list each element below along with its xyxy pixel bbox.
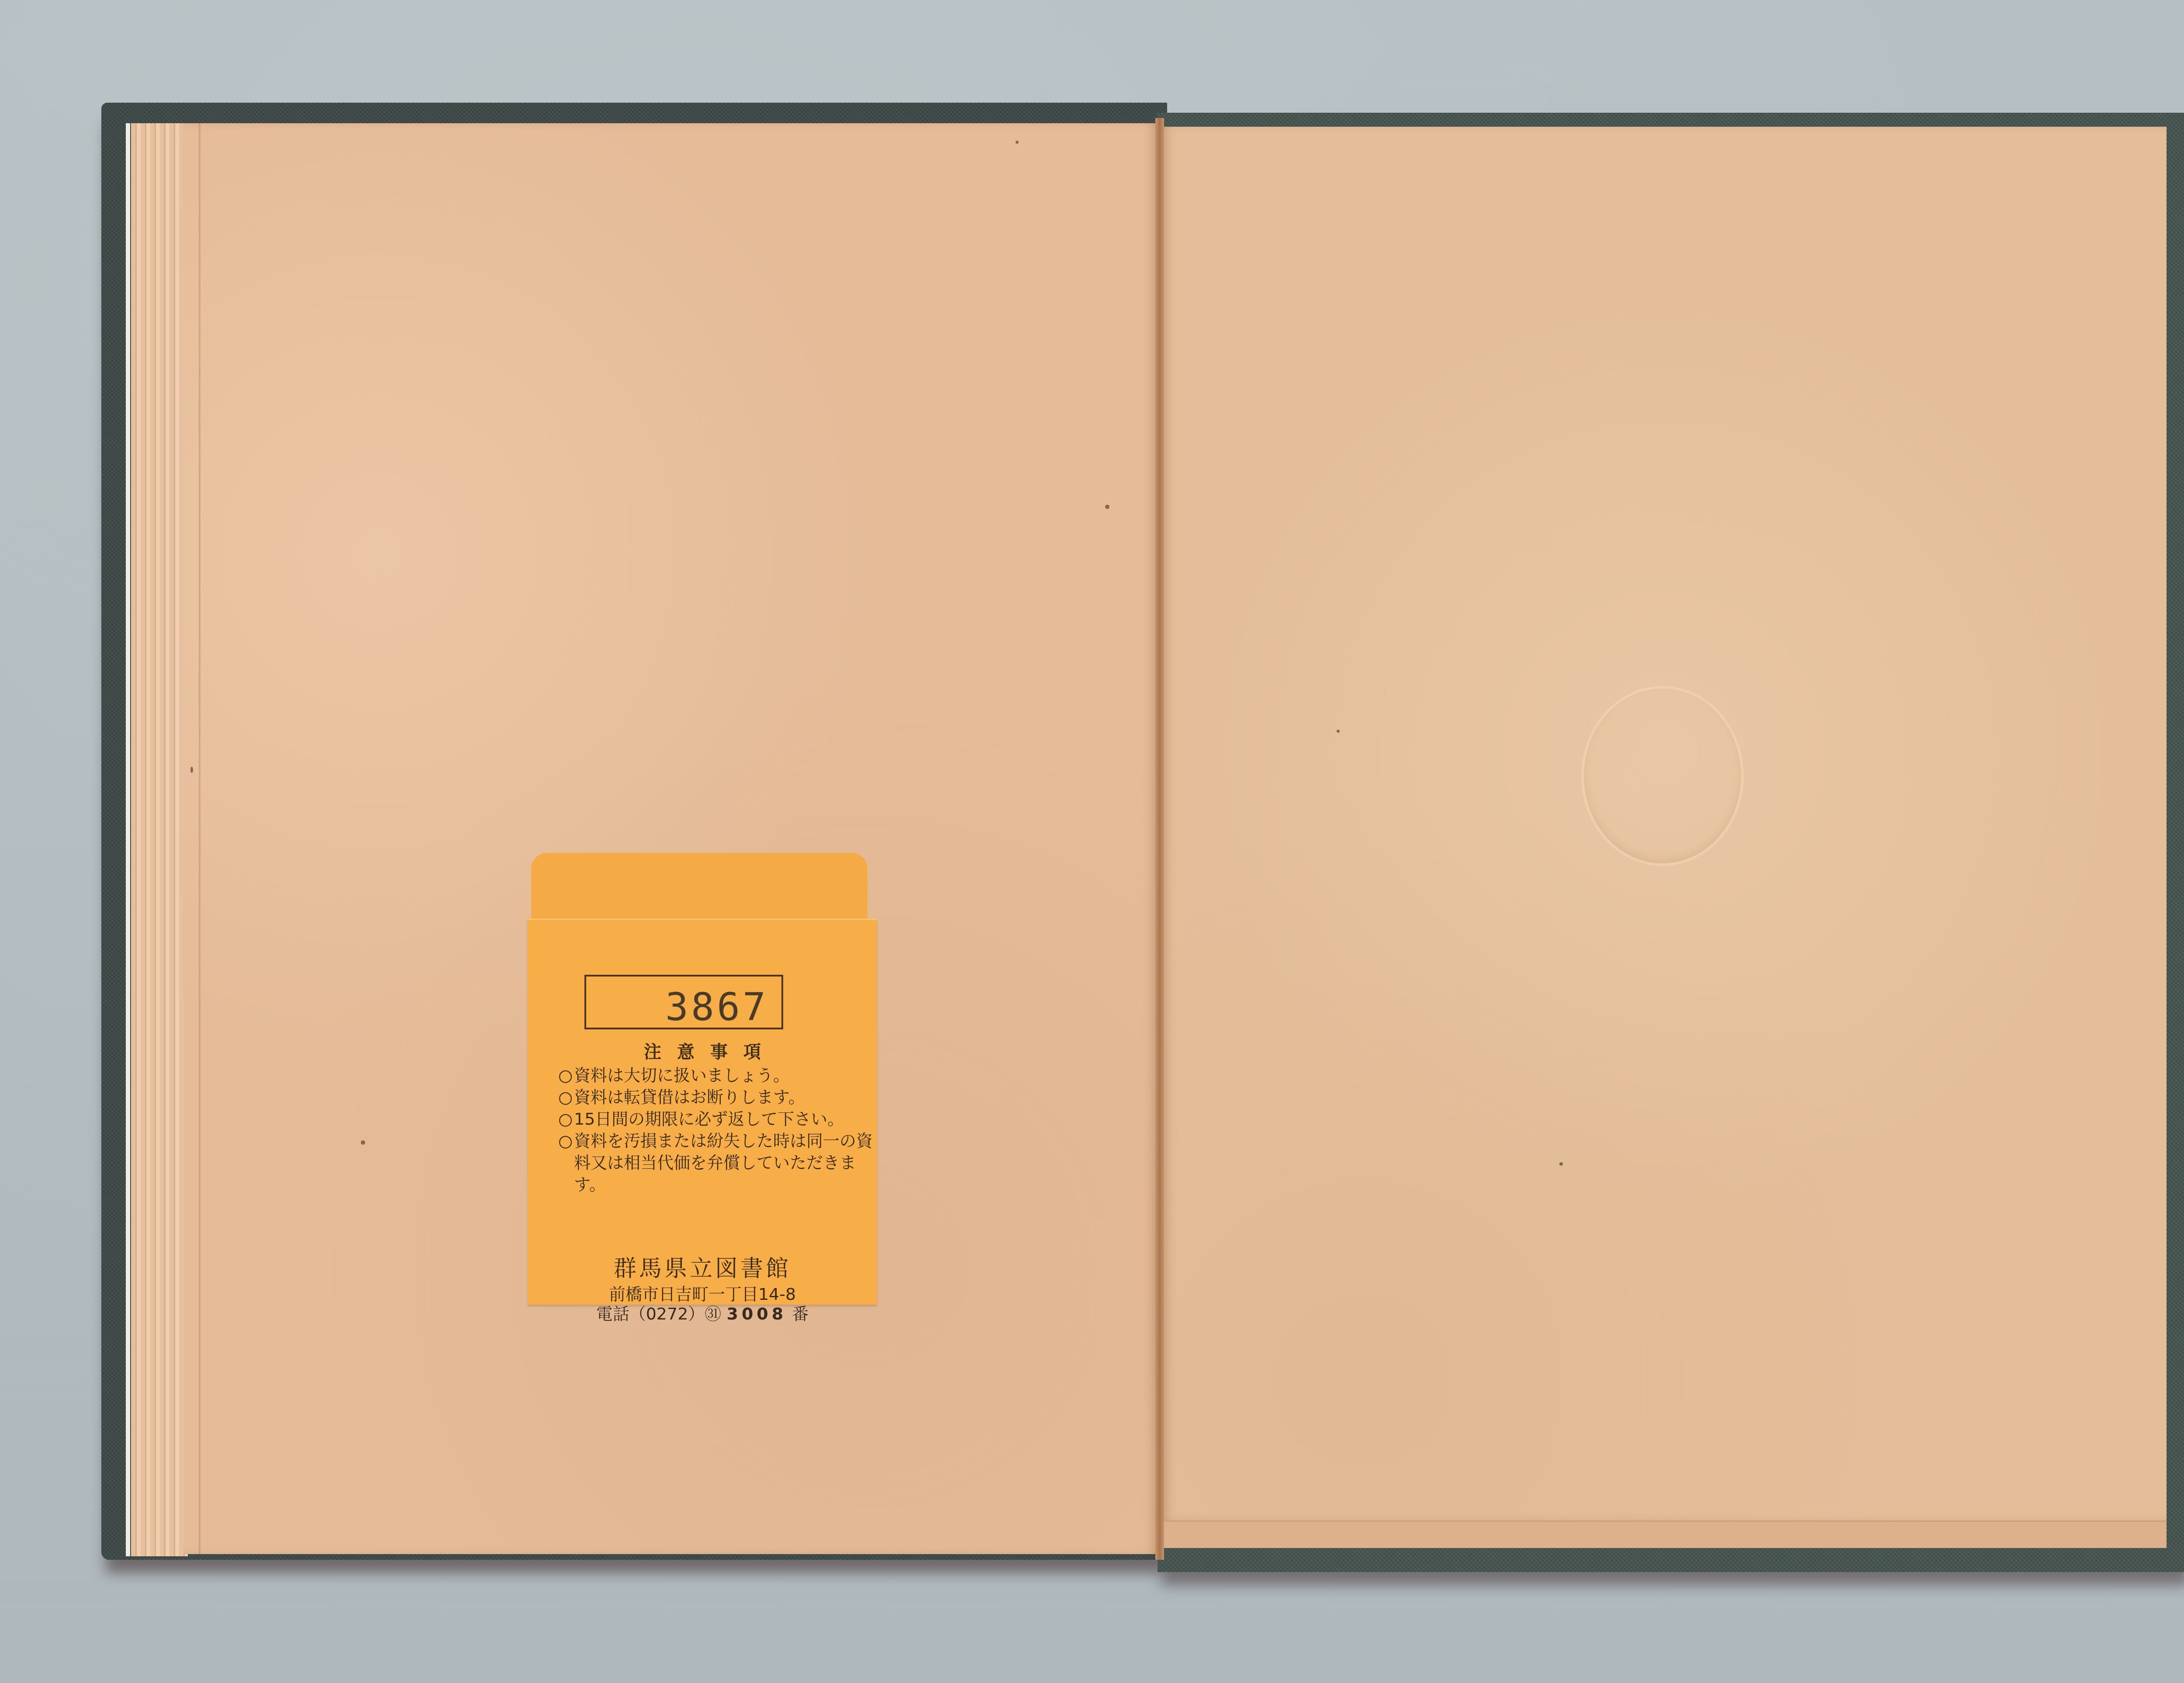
notice-list: ○ 資料は大切に扱いましょう。 ○ 資料は転貸借はお断りします。 ○ 15日間の… (558, 1064, 873, 1195)
right-endpaper-bottom-turnin (1162, 1520, 2167, 1548)
left-page-fold-line (199, 123, 200, 1554)
circle-bullet-icon: ○ (558, 1108, 574, 1130)
left-endpaper (183, 123, 1158, 1554)
pocket-front: 3867 注意事項 ○ 資料は大切に扱いましょう。 ○ 資料は転貸借はお断りしま… (528, 918, 877, 1305)
library-card-pocket[interactable]: 3867 注意事項 ○ 資料は大切に扱いましょう。 ○ 資料は転貸借はお断りしま… (528, 853, 877, 1303)
paper-speck (1016, 141, 1019, 144)
circle-bullet-icon: ○ (558, 1086, 574, 1108)
library-name: 群馬県立図書館 (528, 1250, 877, 1283)
paper-speck (190, 767, 193, 773)
open-book (0, 0, 2184, 1683)
paper-speck (361, 1140, 365, 1145)
notice-item: ○ 資料は大切に扱いましょう。 (558, 1064, 873, 1086)
notice-title: 注意事項 (528, 1038, 877, 1063)
page-edges-stack (131, 123, 188, 1556)
embossed-seal-mark (1581, 686, 1744, 866)
phone-suffix: 番 (792, 1304, 809, 1323)
call-number: 3867 (665, 984, 768, 1029)
phone-number: 3008 (726, 1304, 787, 1323)
phone-prefix: 電話（0272）㉛ (596, 1304, 722, 1323)
paper-speck (1337, 730, 1340, 733)
circle-bullet-icon: ○ (558, 1064, 574, 1086)
notice-item: ○ 資料を汚損または紛失した時は同一の資料又は相当代価を弁償していただきます。 (558, 1130, 873, 1195)
notice-item: ○ 15日間の期限に必ず返して下さい。 (558, 1108, 873, 1130)
call-number-box: 3867 (584, 975, 783, 1029)
circle-bullet-icon: ○ (558, 1130, 574, 1195)
paper-speck (1559, 1162, 1563, 1166)
book-gutter (1155, 118, 1164, 1560)
library-phone: 電話（0272）㉛ 3008 番 (528, 1300, 877, 1324)
paper-speck (1105, 505, 1109, 509)
notice-item: ○ 資料は転貸借はお断りします。 (558, 1086, 873, 1108)
